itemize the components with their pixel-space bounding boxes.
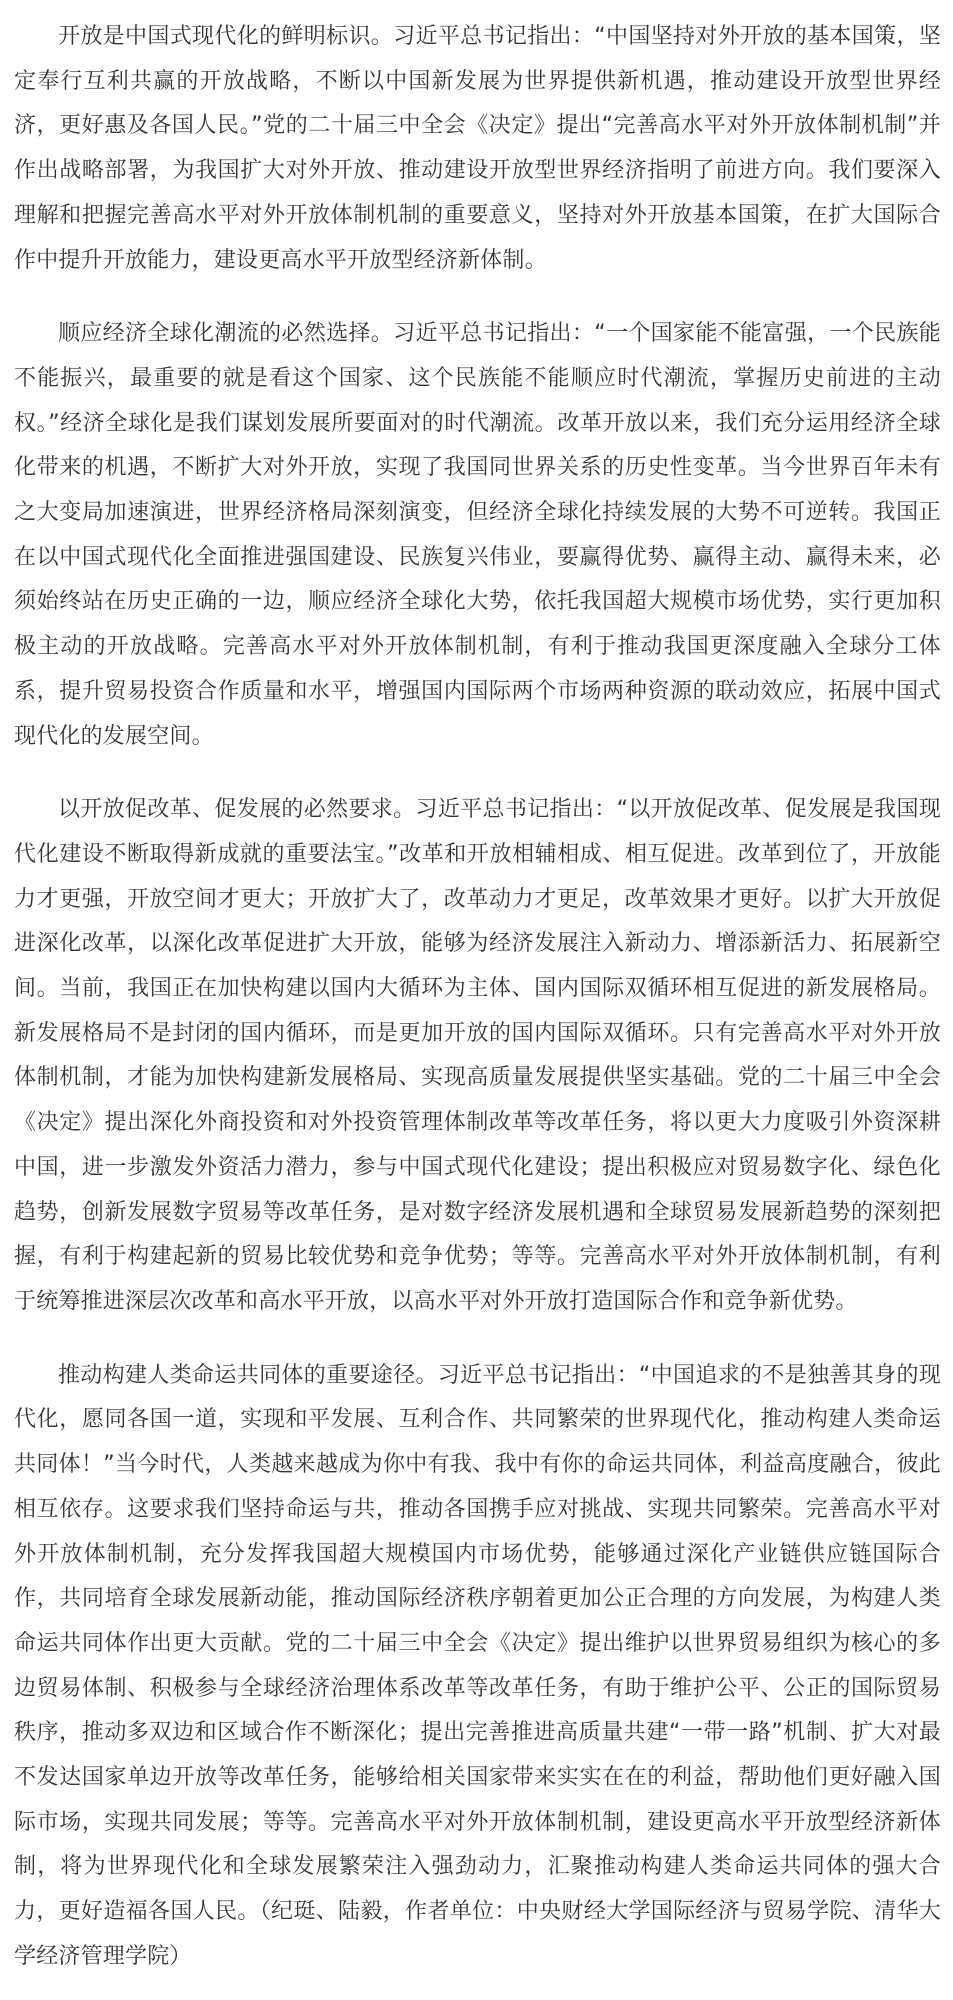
paragraph-community-shared-future: 推动构建人类命运共同体的重要途径。习近平总书记指出：“中国追求的不是独善其身的现… <box>14 1354 941 1980</box>
article-body: 开放是中国式现代化的鲜明标识。习近平总书记指出：“中国坚持对外开放的基本国策，坚… <box>0 0 953 1980</box>
paragraph-reform-development: 以开放促改革、促发展的必然要求。习近平总书记指出：“以开放促改革、促发展是我国现… <box>14 788 941 1324</box>
paragraph-globalization: 顺应经济全球化潮流的必然选择。习近平总书记指出：“一个国家能不能富强，一个民族能… <box>14 312 941 759</box>
paragraph-opening: 开放是中国式现代化的鲜明标识。习近平总书记指出：“中国坚持对外开放的基本国策，坚… <box>14 15 941 283</box>
